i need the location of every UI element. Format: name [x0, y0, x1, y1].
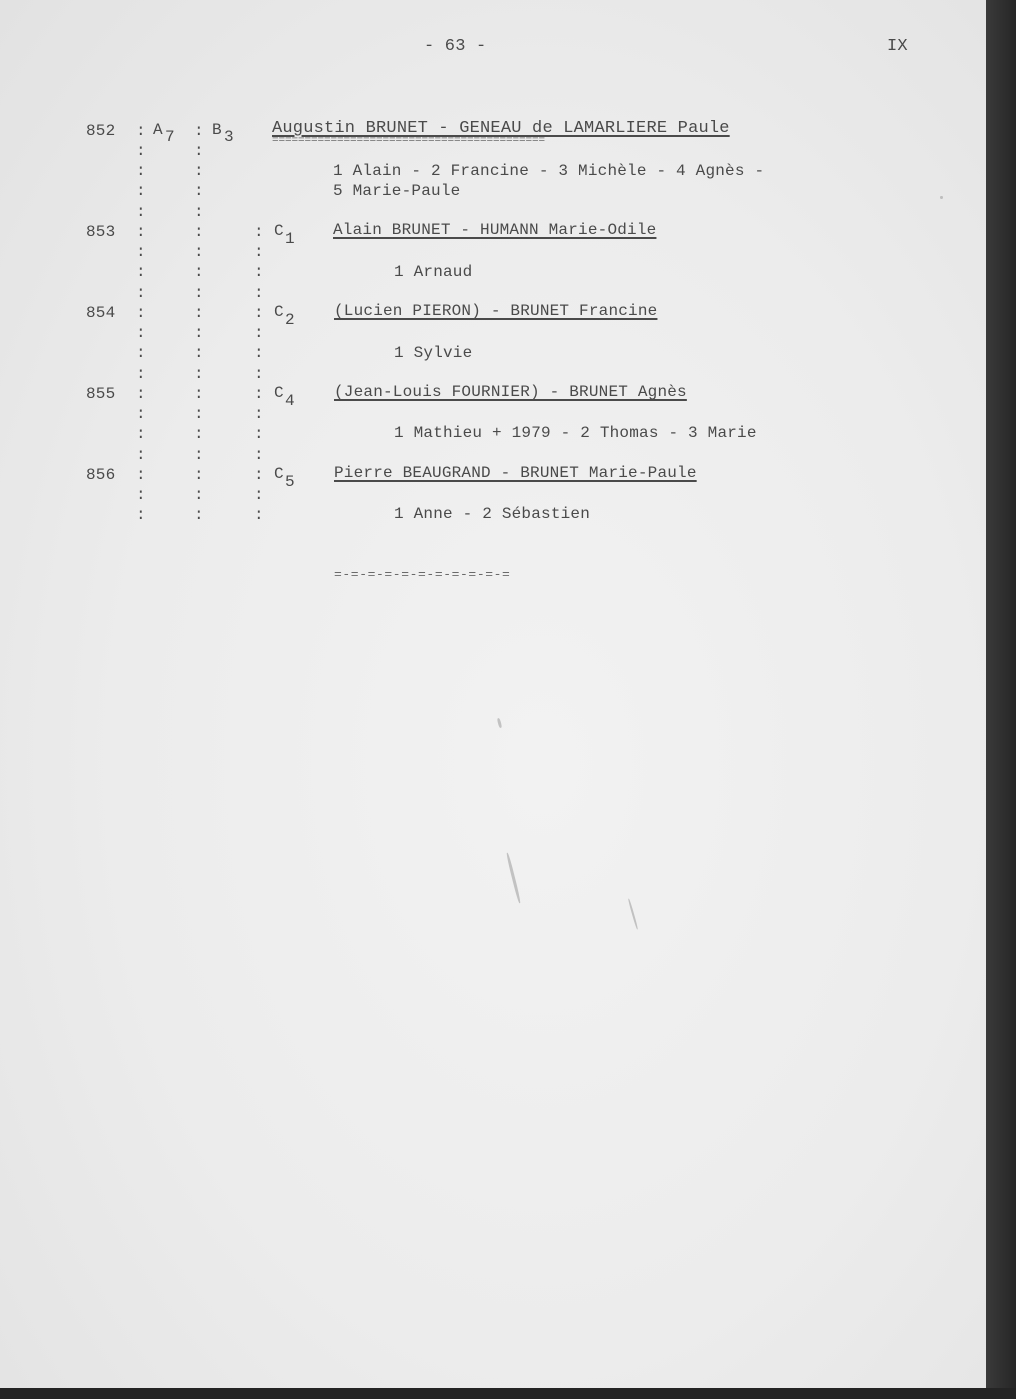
section-number: IX	[887, 37, 908, 57]
children-list: 1 Alain - 2 Francine - 3 Michèle - 4 Agn…	[333, 161, 764, 181]
colon-b: :	[194, 121, 204, 141]
entry-number: 853	[86, 222, 115, 242]
generation-c-label: C	[274, 221, 284, 241]
entry-number: 855	[86, 384, 115, 404]
page-number: - 63 -	[424, 37, 486, 57]
children-list: 1 Anne - 2 Sébastien	[394, 504, 590, 524]
scan-artifact	[628, 898, 639, 929]
entry-number: 856	[86, 465, 115, 485]
children-list: 1 Sylvie	[394, 343, 472, 363]
couple-name: (Jean-Louis FOURNIER) - BRUNET Agnès	[334, 382, 687, 402]
double-underline-rule: ========================================…	[272, 136, 545, 146]
generation-a-subscript: 7	[165, 128, 175, 146]
generation-c-subscript: 4	[285, 392, 295, 410]
scan-artifact	[506, 852, 521, 903]
generation-b-label: B	[212, 120, 222, 140]
section-separator: =-=-=-=-=-=-=-=-=-=-=	[334, 565, 510, 585]
generation-c-label: C	[274, 383, 284, 403]
children-list: 1 Arnaud	[394, 262, 472, 282]
generation-c-subscript: 2	[285, 311, 295, 329]
document-page: - 63 - IX 852 : A 7 : B 3 Augustin BRUNE…	[0, 0, 986, 1388]
entry-number: 852	[86, 121, 115, 141]
scan-artifact	[940, 196, 943, 199]
scan-artifact	[497, 718, 502, 728]
generation-b-subscript: 3	[224, 128, 234, 146]
couple-name: Alain BRUNET - HUMANN Marie-Odile	[333, 220, 656, 240]
couple-name: Pierre BEAUGRAND - BRUNET Marie-Paule	[334, 463, 697, 483]
generation-a-label: A	[153, 120, 163, 140]
children-list: 1 Mathieu + 1979 - 2 Thomas - 3 Marie	[394, 423, 757, 443]
generation-c-label: C	[274, 302, 284, 322]
generation-c-subscript: 1	[285, 230, 295, 248]
colon-a: :	[136, 121, 146, 141]
children-list-continued: 5 Marie-Paule	[333, 181, 460, 201]
scan-border-right	[986, 0, 1016, 1399]
entry-number: 854	[86, 303, 115, 323]
generation-c-subscript: 5	[285, 473, 295, 491]
couple-name: (Lucien PIERON) - BRUNET Francine	[334, 301, 657, 321]
scan-border-bottom	[0, 1388, 1016, 1399]
generation-c-label: C	[274, 464, 284, 484]
